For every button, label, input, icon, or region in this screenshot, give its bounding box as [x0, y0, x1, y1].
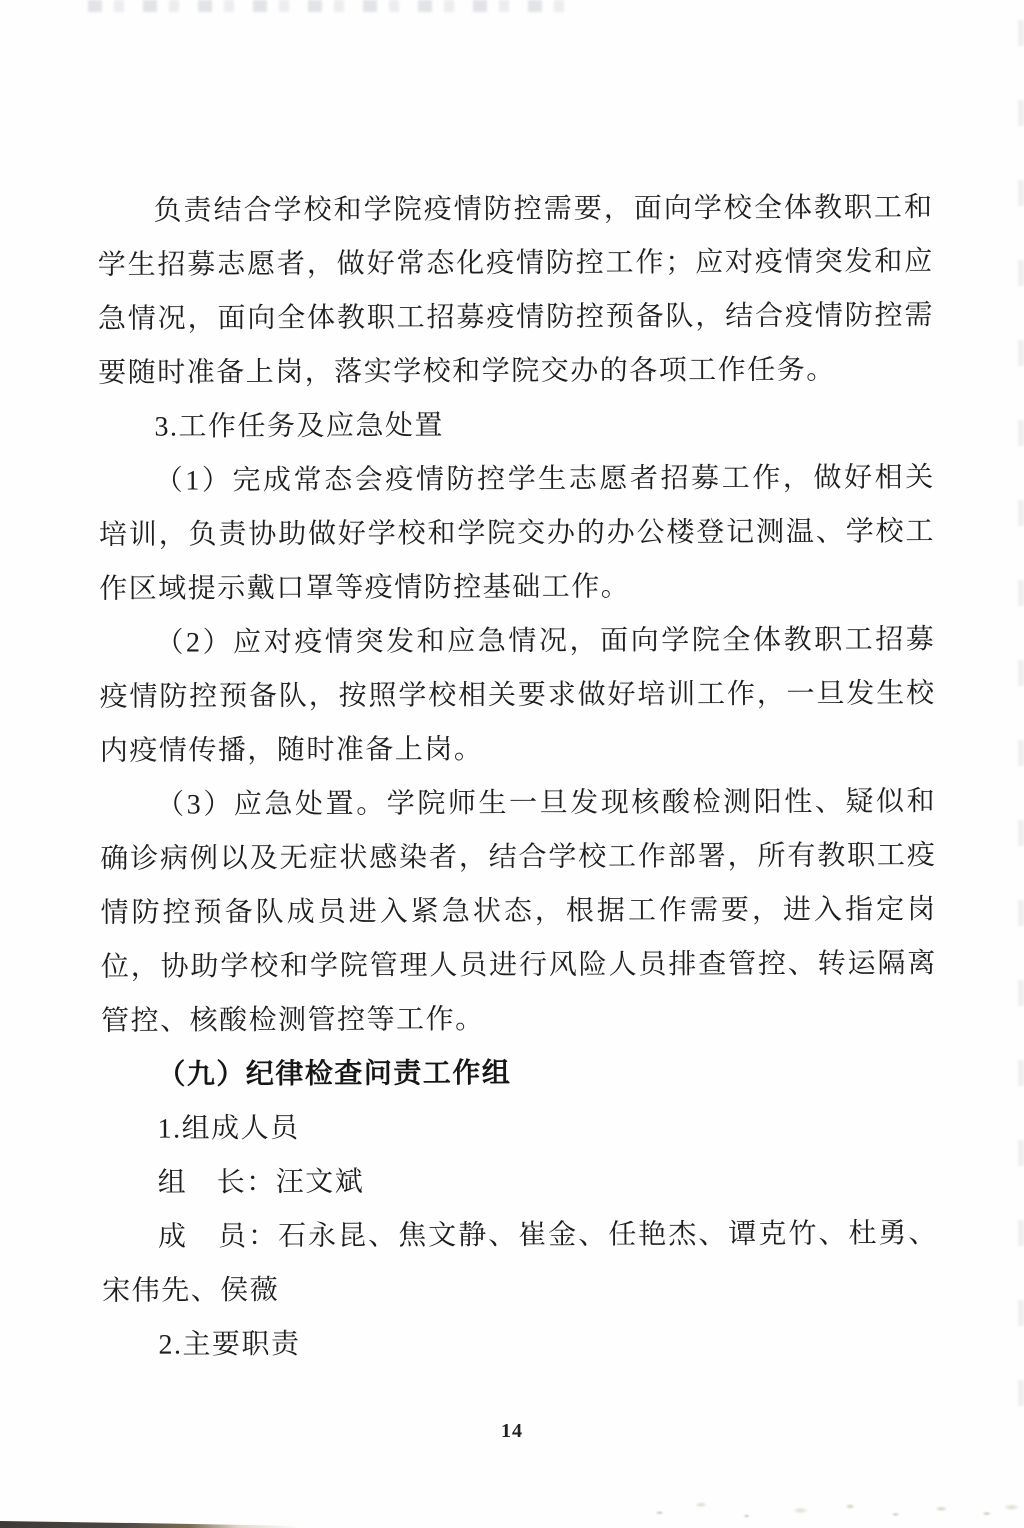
- line-group-members: 成 员：石永昆、焦文静、崔金、任艳杰、谭克竹、杜勇、宋伟先、侯薇: [102, 1207, 938, 1319]
- paragraph-task-3-emergency-handling: （3）应急处置。学院师生一旦发现核酸检测阳性、疑似和确诊病例以及无症状感染者，结…: [100, 775, 937, 1049]
- paragraph-task-1: （1）完成常态会疫情防控学生志愿者招募工作，做好相关培训，负责协助做好学校和学院…: [99, 451, 936, 617]
- scan-artifact-bottom-right: [610, 1488, 1024, 1528]
- heading-main-responsibilities: 2.主要职责: [102, 1315, 938, 1373]
- heading-work-tasks-emergency: 3.工作任务及应急处置: [98, 397, 934, 455]
- document-body: 负责结合学校和学院疫情防控需要，面向学校全体教职工和学生招募志愿者，做好常态化疫…: [97, 181, 938, 1373]
- heading-members-section: 1.组成人员: [101, 1099, 937, 1157]
- scan-artifact-bottom-left-edge: [0, 1518, 300, 1528]
- scan-artifact-right-edge: [1018, 20, 1024, 1420]
- paragraph-volunteer-recruitment-duty: 负责结合学校和学院疫情防控需要，面向学校全体教职工和学生招募志愿者，做好常态化疫…: [97, 181, 934, 401]
- heading-discipline-inspection-group: （九）纪律检查问责工作组: [101, 1045, 937, 1103]
- paragraph-task-2: （2）应对疫情突发和应急情况，面向学院全体教职工招募疫情防控预备队，按照学校相关…: [99, 613, 936, 779]
- page-number: 14: [0, 1420, 1024, 1443]
- scan-artifact-top-edge: [88, 0, 580, 12]
- scanned-document-page: 负责结合学校和学院疫情防控需要，面向学校全体教职工和学生招募志愿者，做好常态化疫…: [0, 0, 1024, 1528]
- line-group-leader: 组 长：汪文斌: [102, 1153, 938, 1211]
